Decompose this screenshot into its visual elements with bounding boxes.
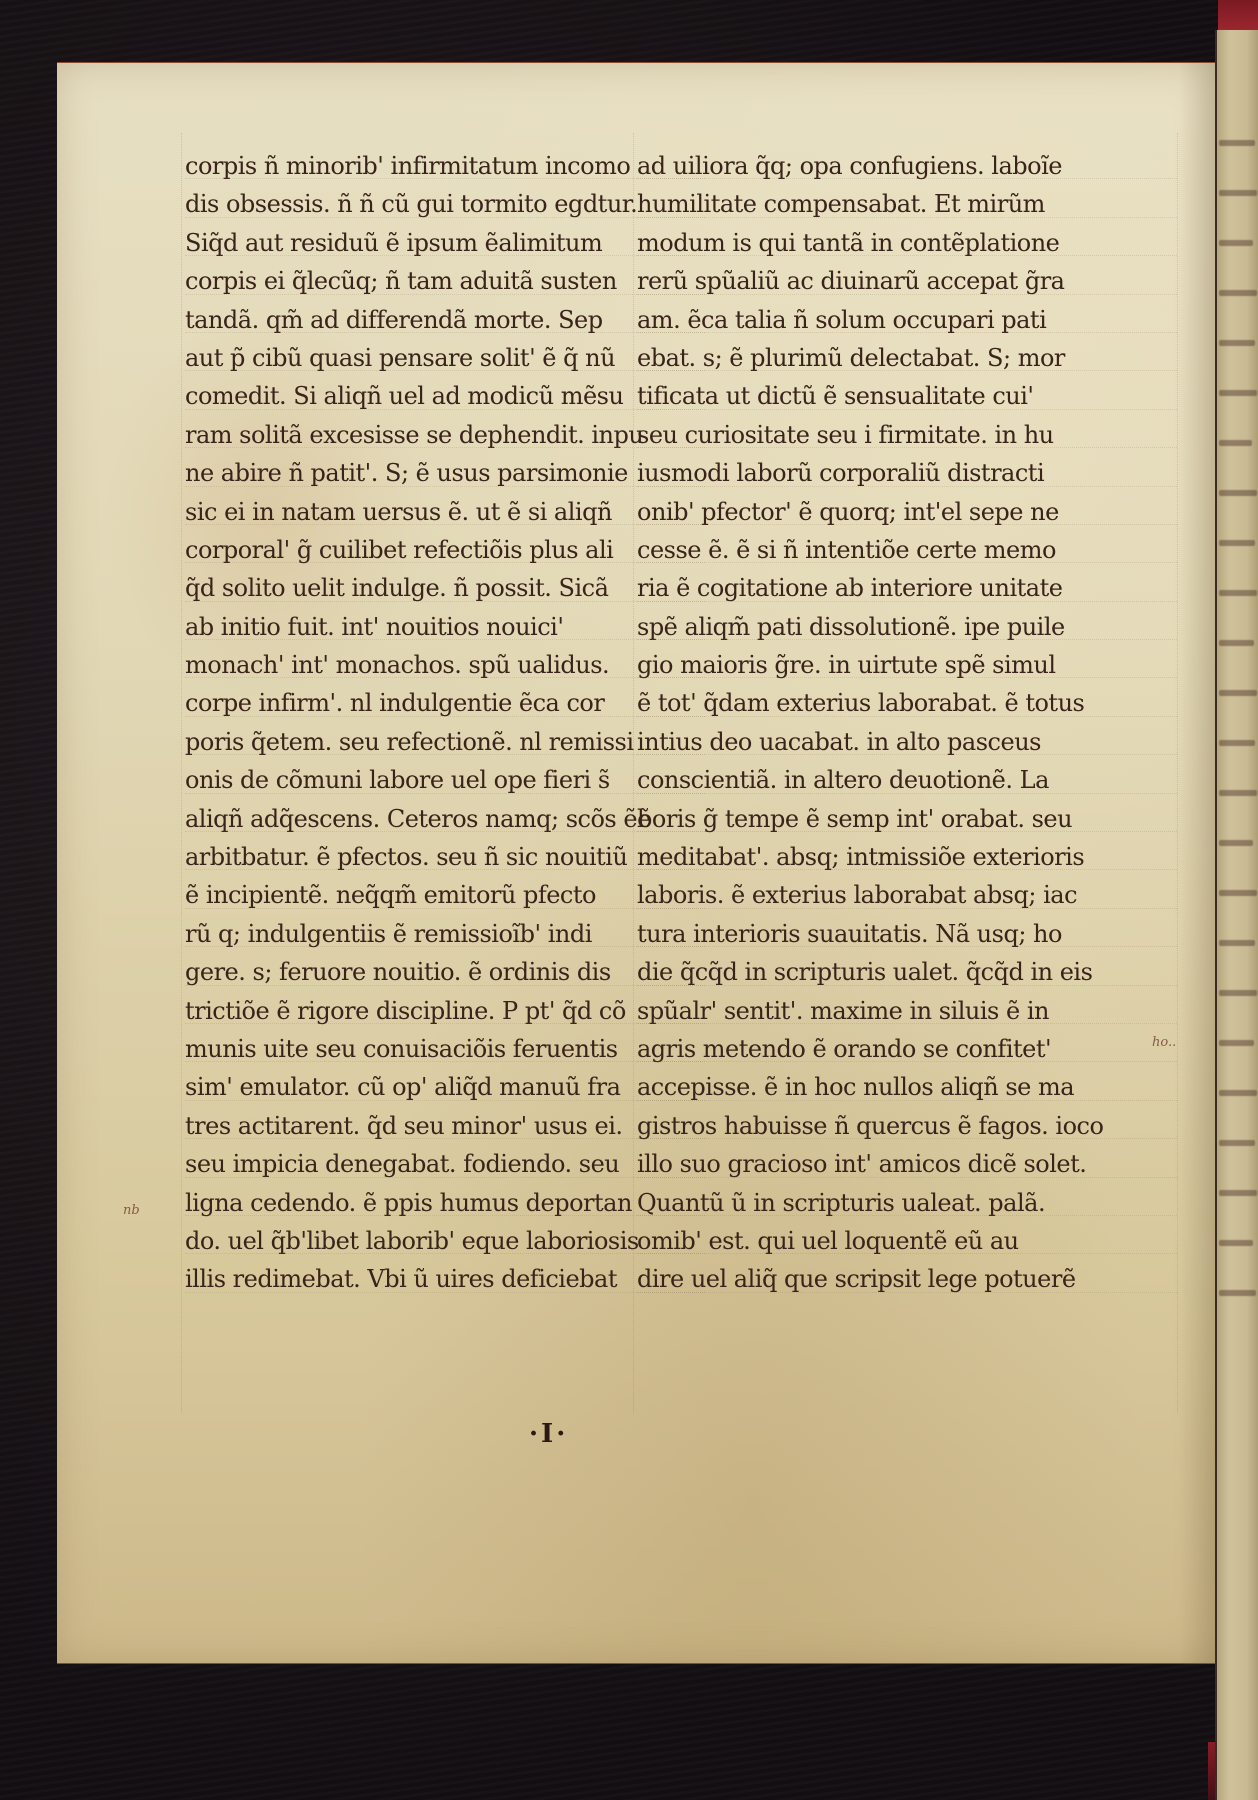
text-line: corpis ei q̃lecũq; ñ tam aduitã susten xyxy=(185,262,705,300)
text-line: corpe infirm'. nl indulgentie ẽca cor xyxy=(185,684,705,722)
text-line: iusmodi laborũ corporaliũ distracti xyxy=(637,454,1177,492)
adjacent-leaf-text-trace xyxy=(1219,290,1257,296)
adjacent-leaf-text-trace xyxy=(1219,1240,1253,1246)
adjacent-leaf-text-trace xyxy=(1219,1190,1257,1196)
adjacent-leaf-text-trace xyxy=(1219,940,1255,946)
text-line: ab initio fuit. int' nouitios nouici' xyxy=(185,608,705,646)
text-line: boris g̃ tempe ẽ semp int' orabat. seu xyxy=(637,800,1177,838)
adjacent-leaf-text-trace xyxy=(1219,1090,1257,1096)
ruling-line xyxy=(1177,133,1178,1413)
right-text-column: ad uiliora q̃q; opa confugiens. laboĩe h… xyxy=(637,147,1177,1299)
text-line: sim' emulator. cũ op' aliq̃d manuũ fra xyxy=(185,1068,705,1106)
adjacent-leaf-text-trace xyxy=(1219,990,1257,996)
text-line: agris metendo ẽ orando se confitet' xyxy=(637,1030,1177,1068)
text-line: dire uel aliq̃ que scripsit lege potuerẽ xyxy=(637,1260,1177,1298)
adjacent-leaf-text-trace xyxy=(1219,440,1252,446)
adjacent-leaf-text-trace xyxy=(1219,690,1257,696)
adjacent-leaf-text-trace xyxy=(1219,140,1255,146)
adjacent-leaf-text-trace xyxy=(1219,890,1257,896)
text-line: illis redimebat. Vbi ũ uires deficiebat xyxy=(185,1260,705,1298)
text-line: seu impicia denegabat. fodiendo. seu xyxy=(185,1145,705,1183)
text-line: Quantũ ũ in scripturis ualeat. palã. xyxy=(637,1184,1177,1222)
text-line: ẽ tot' q̃dam exterius laborabat. ẽ totus xyxy=(637,684,1177,722)
text-line: accepisse. ẽ in hoc nullos aliqñ se ma xyxy=(637,1068,1177,1106)
text-line: onib' pfector' ẽ quorq; int'el sepe ne xyxy=(637,493,1177,531)
adjacent-leaf-text-trace xyxy=(1219,490,1257,496)
gutter-shadow xyxy=(1179,63,1215,1663)
adjacent-leaf-text-trace xyxy=(1219,840,1253,846)
text-line: gere. s; feruore nouitio. ẽ ordinis dis xyxy=(185,953,705,991)
text-line: omib' est. qui uel loquentẽ eũ au xyxy=(637,1222,1177,1260)
adjacent-leaf-text-trace xyxy=(1219,190,1257,196)
text-line: aliqñ adq̃escens. Ceteros namq; scõs ẽẽ xyxy=(185,800,705,838)
text-line: corpis ñ minorib' infirmitatum incomo xyxy=(185,147,705,185)
text-line: corporal' g̃ cuilibet refectiõis plus al… xyxy=(185,531,705,569)
adjacent-leaf-text-trace xyxy=(1219,240,1253,246)
left-text-column: corpis ñ minorib' infirmitatum incomo di… xyxy=(185,147,705,1299)
adjacent-leaf-text-trace xyxy=(1219,640,1254,646)
text-line: ria ẽ cogitatione ab interiore unitate xyxy=(637,569,1177,607)
text-line: seu curiositate seu i firmitate. in hu xyxy=(637,416,1177,454)
adjacent-leaf-text-trace xyxy=(1219,1290,1256,1296)
adjacent-leaf-text-trace xyxy=(1219,590,1257,596)
text-line: rũ q; indulgentiis ẽ remissioĩb' indi xyxy=(185,915,705,953)
adjacent-leaf-text-trace xyxy=(1219,1040,1254,1046)
text-line: tificata ut dictũ ẽ sensualitate cui' xyxy=(637,377,1177,415)
text-line: gistros habuisse ñ quercus ẽ fagos. ioco xyxy=(637,1107,1177,1145)
text-line: tandã. qm̃ ad differendã morte. Sep xyxy=(185,301,705,339)
manuscript-page: corpis ñ minorib' infirmitatum incomo di… xyxy=(57,62,1215,1664)
text-line: onis de cõmuni labore uel ope fieri s̃ xyxy=(185,761,705,799)
folio-number: ·I· xyxy=(529,1419,568,1449)
text-line: Siq̃d aut residuũ ẽ ipsum ẽalimitum xyxy=(185,224,705,262)
text-line: humilitate compensabat. Et mirũm xyxy=(637,185,1177,223)
left-margin-note: nb xyxy=(123,1203,140,1218)
text-line: spũalr' sentit'. maxime in siluis ẽ in xyxy=(637,992,1177,1030)
ruling-line xyxy=(181,133,182,1413)
text-line: modum is qui tantã in contẽplatione xyxy=(637,224,1177,262)
text-line: dis obsessis. ñ ñ cũ gui tormito egdtur. xyxy=(185,185,705,223)
text-line: q̃d solito uelit indulge. ñ possit. Sicã xyxy=(185,569,705,607)
text-line: ẽ incipientẽ. neq̃qm̃ emitorũ pfecto xyxy=(185,876,705,914)
adjacent-leaf-text-trace xyxy=(1219,390,1257,396)
adjacent-leaf-edge xyxy=(1215,30,1258,1800)
text-line: conscientiã. in altero deuotionẽ. La xyxy=(637,761,1177,799)
text-line: tura interioris suauitatis. Nã usq; ho xyxy=(637,915,1177,953)
adjacent-leaf-text-trace xyxy=(1219,340,1255,346)
text-line: laboris. ẽ exterius laborabat absq; iac xyxy=(637,876,1177,914)
text-line: trictiõe ẽ rigore discipline. P pt' q̃d … xyxy=(185,992,705,1030)
right-margin-note: ho.. xyxy=(1152,1035,1176,1050)
adjacent-leaf-text-trace xyxy=(1219,790,1257,796)
text-line: comedit. Si aliqñ uel ad modicũ mẽsu xyxy=(185,377,705,415)
text-line: illo suo gracioso int' amicos dicẽ solet… xyxy=(637,1145,1177,1183)
text-line: poris q̃etem. seu refectionẽ. nl remissi xyxy=(185,723,705,761)
text-line: aut p̃ cibũ quasi pensare solit' ẽ q̃ nũ xyxy=(185,339,705,377)
text-line: spẽ aliqm̃ pati dissolutionẽ. ipe puile xyxy=(637,608,1177,646)
text-line: munis uite seu conuisaciõis feruentis xyxy=(185,1030,705,1068)
text-line: ne abire ñ patit'. S; ẽ usus parsimonie xyxy=(185,454,705,492)
text-line: ad uiliora q̃q; opa confugiens. laboĩe xyxy=(637,147,1177,185)
adjacent-leaf-text-trace xyxy=(1219,740,1255,746)
text-line: rerũ spũaliũ ac diuinarũ accepat g̃ra xyxy=(637,262,1177,300)
text-line: cesse ẽ. ẽ si ñ intentiõe certe memo xyxy=(637,531,1177,569)
adjacent-leaf-text-trace xyxy=(1219,540,1255,546)
text-line: ram solitã excesisse se dephendit. inpu xyxy=(185,416,705,454)
text-line: arbitbatur. ẽ pfectos. seu ñ sic nouitiũ xyxy=(185,838,705,876)
text-line: am. ẽca talia ñ solum occupari pati xyxy=(637,301,1177,339)
text-line: monach' int' monachos. spũ ualidus. xyxy=(185,646,705,684)
text-line: intius deo uacabat. in alto pasceus xyxy=(637,723,1177,761)
text-line: die q̃cq̃d in scripturis ualet. q̃cq̃d i… xyxy=(637,953,1177,991)
text-line: sic ei in natam uersus ẽ. ut ẽ si aliqñ xyxy=(185,493,705,531)
text-line: ebat. s; ẽ plurimũ delectabat. S; mor xyxy=(637,339,1177,377)
text-line: do. uel q̃b'libet laborib' eque laborios… xyxy=(185,1222,705,1260)
text-line: meditabat'. absq; intmissiõe exterioris xyxy=(637,838,1177,876)
adjacent-leaf-text-trace xyxy=(1219,1140,1255,1146)
text-line: tres actitarent. q̃d seu minor' usus ei. xyxy=(185,1107,705,1145)
text-line: ligna cedendo. ẽ ppis humus deportan xyxy=(185,1184,705,1222)
text-line: gio maioris g̃re. in uirtute spẽ simul xyxy=(637,646,1177,684)
